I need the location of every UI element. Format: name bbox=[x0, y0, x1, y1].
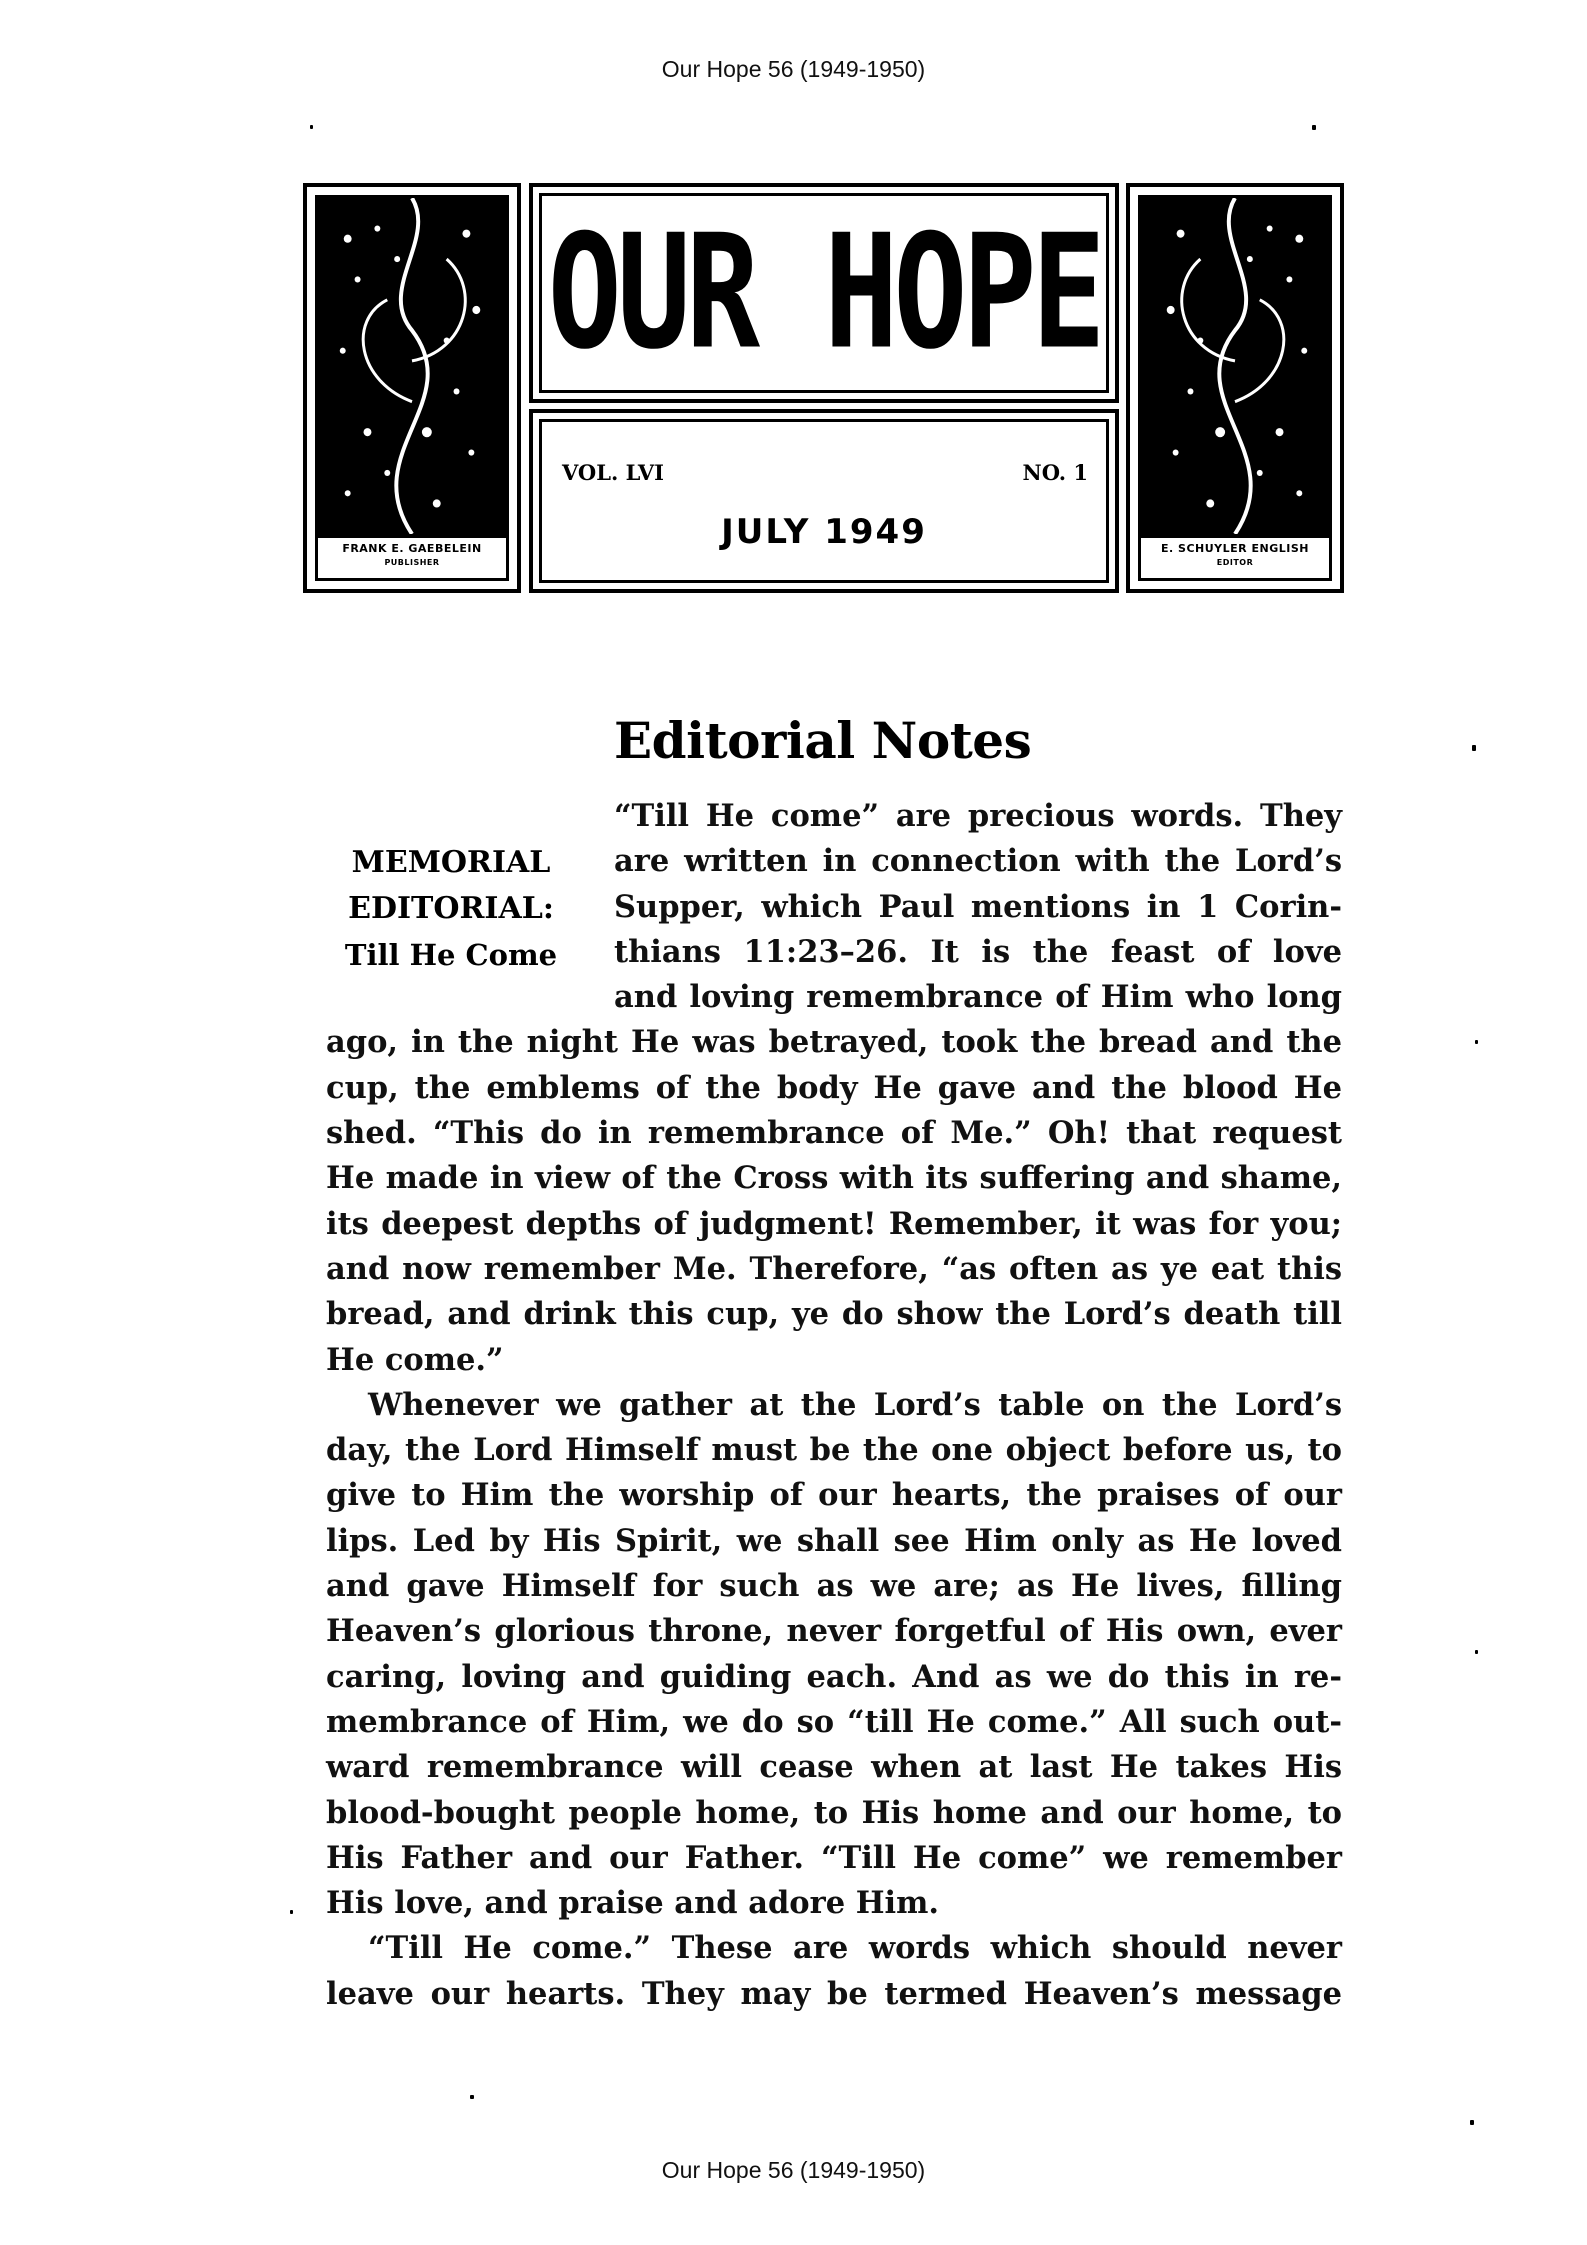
text-line: shed. “This do in remembrance of Me.” Oh… bbox=[326, 1111, 1342, 1156]
text-line: Whenever we gather at the Lord’s table o… bbox=[326, 1383, 1342, 1428]
text-line: leave our hearts. They may be termed Hea… bbox=[326, 1972, 1342, 2017]
text-line: and loving remembrance of Him who long bbox=[326, 975, 1342, 1020]
editor-label: E. SCHUYLER ENGLISH EDITOR bbox=[1138, 535, 1332, 581]
publisher-label: FRANK E. GAEBELEIN PUBLISHER bbox=[315, 535, 509, 581]
editor-name: E. SCHUYLER ENGLISH bbox=[1141, 542, 1329, 556]
scan-speck bbox=[310, 125, 313, 129]
text-line: ward remembrance will cease when at last… bbox=[326, 1745, 1342, 1790]
text-line: membrance of Him, we do so “till He come… bbox=[326, 1700, 1342, 1745]
text-line: Heaven’s glorious throne, never forgetfu… bbox=[326, 1609, 1342, 1654]
issue-date: JULY 1949 bbox=[542, 512, 1106, 552]
text-line: are written in connection with the Lord’… bbox=[326, 839, 1342, 884]
publisher-role: PUBLISHER bbox=[318, 556, 506, 570]
text-line: “Till He come.” These are words which sh… bbox=[326, 1926, 1342, 1971]
text-line: He come.” bbox=[326, 1338, 1342, 1383]
running-header: Our Hope 56 (1949-1950) bbox=[0, 56, 1587, 83]
text-line: bread, and drink this cup, ye do show th… bbox=[326, 1292, 1342, 1337]
scan-speck bbox=[1475, 1040, 1478, 1044]
text-line: ago, in the night He was betrayed, took … bbox=[326, 1020, 1342, 1065]
section-title: Editorial Notes bbox=[614, 711, 1031, 770]
text-line: His love, and praise and adore Him. bbox=[326, 1881, 1342, 1926]
text-line: thians 11:23–26. It is the feast of love bbox=[326, 930, 1342, 975]
editor-role: EDITOR bbox=[1141, 556, 1329, 570]
text-line: and gave Himself for such as we are; as … bbox=[326, 1564, 1342, 1609]
title-box: OUR HOPE bbox=[529, 183, 1119, 403]
text-line: day, the Lord Himself must be the one ob… bbox=[326, 1428, 1342, 1473]
running-footer: Our Hope 56 (1949-1950) bbox=[0, 2157, 1587, 2184]
text-line: give to Him the worship of our hearts, t… bbox=[326, 1473, 1342, 1518]
issue-number: NO. 1 bbox=[1023, 460, 1089, 485]
text-line: caring, loving and guiding each. And as … bbox=[326, 1655, 1342, 1700]
publisher-name: FRANK E. GAEBELEIN bbox=[318, 542, 506, 556]
scan-speck bbox=[1470, 2120, 1474, 2125]
article-body: “Till He come” are precious words. They … bbox=[326, 794, 1342, 2017]
masthead-title: OUR HOPE bbox=[547, 214, 1100, 372]
scan-speck bbox=[1472, 745, 1476, 751]
scan-speck bbox=[1312, 125, 1316, 130]
text-line: lips. Led by His Spirit, we shall see Hi… bbox=[326, 1519, 1342, 1564]
scan-speck bbox=[290, 1910, 293, 1914]
left-ornament-panel: FRANK E. GAEBELEIN PUBLISHER bbox=[303, 183, 521, 593]
text-line: His Father and our Father. “Till He come… bbox=[326, 1836, 1342, 1881]
text-line: blood-bought people home, to His home an… bbox=[326, 1791, 1342, 1836]
text-line: Supper, which Paul mentions in 1 Corin- bbox=[326, 885, 1342, 930]
floral-ornament-icon bbox=[315, 195, 509, 537]
text-line: cup, the emblems of the body He gave and… bbox=[326, 1066, 1342, 1111]
masthead: FRANK E. GAEBELEIN PUBLISHER OUR HOPE VO… bbox=[303, 183, 1348, 597]
right-ornament-panel: E. SCHUYLER ENGLISH EDITOR bbox=[1126, 183, 1344, 593]
issue-box: VOL. LVI NO. 1 JULY 1949 bbox=[529, 409, 1119, 593]
floral-ornament-icon bbox=[1138, 195, 1332, 537]
scan-speck bbox=[470, 2095, 474, 2099]
volume-label: VOL. LVI bbox=[562, 460, 664, 485]
text-line: “Till He come” are precious words. They bbox=[326, 794, 1342, 839]
scan-speck bbox=[1475, 1650, 1478, 1654]
text-line: and now remember Me. Therefore, “as ofte… bbox=[326, 1247, 1342, 1292]
text-line: its deepest depths of judgment! Remember… bbox=[326, 1202, 1342, 1247]
text-line: He made in view of the Cross with its su… bbox=[326, 1156, 1342, 1201]
